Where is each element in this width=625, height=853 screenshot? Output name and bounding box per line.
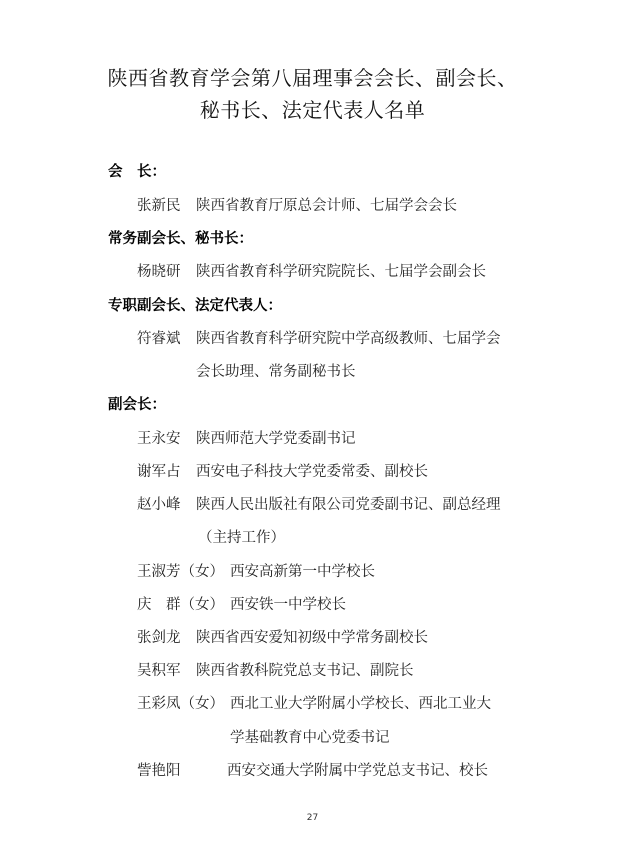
member-name: 吴积军 xyxy=(137,659,181,680)
document-title-line-2: 秘书长、法定代表人名单 xyxy=(0,94,625,123)
member-title: 陕西人民出版社有限公司党委副书记、副总经理 xyxy=(196,493,501,514)
section-heading-vice-presidents: 副会长： xyxy=(108,393,166,414)
member-title: 陕西师范大学党委副书记 xyxy=(196,427,356,448)
member-title: 西安铁一中学校长 xyxy=(230,593,346,614)
member-title: 陕西省西安爱知初级中学常务副校长 xyxy=(196,626,428,647)
member-title: 西安高新第一中学校长 xyxy=(230,560,375,581)
member-title: 西安交通大学附属中学党总支书记、校长 xyxy=(227,759,488,780)
member-title: 陕西省教育科学研究院院长、七届学会副会长 xyxy=(196,260,486,281)
member-title: 陕西省教科院党总支书记、副院长 xyxy=(196,659,414,680)
member-name: 谢军占 xyxy=(137,460,181,481)
member-name: 王淑芳（女） xyxy=(137,560,224,581)
section-heading-president: 会 长： xyxy=(108,160,166,181)
page-number: 27 xyxy=(0,813,625,823)
member-name: 张新民 xyxy=(137,194,181,215)
member-title-continuation: 学基础教育中心党委书记 xyxy=(230,726,390,747)
member-name: 訾艳阳 xyxy=(137,759,181,780)
member-name: 庆 群（女） xyxy=(137,593,224,614)
member-title: 陕西省教育科学研究院中学高级教师、七届学会 xyxy=(196,327,501,348)
member-name: 王永安 xyxy=(137,427,181,448)
member-name: 张剑龙 xyxy=(137,626,181,647)
member-title: 陕西省教育厅原总会计师、七届学会会长 xyxy=(196,194,457,215)
document-title-line-1: 陕西省教育学会第八届理事会会长、副会长、 xyxy=(0,62,625,91)
section-heading-executive-vp-secretary-general: 常务副会长、秘书长： xyxy=(108,227,253,248)
member-name: 符睿斌 xyxy=(137,327,181,348)
member-name: 王彩凤（女） xyxy=(137,692,224,713)
member-name: 赵小峰 xyxy=(137,493,181,514)
member-name: 杨晓研 xyxy=(137,260,181,281)
member-title: 西安电子科技大学党委常委、副校长 xyxy=(196,460,428,481)
section-heading-fulltime-vp-legal-rep: 专职副会长、法定代表人： xyxy=(108,294,282,315)
member-title-continuation: （主持工作） xyxy=(198,526,285,547)
document-page: 陕西省教育学会第八届理事会会长、副会长、 秘书长、法定代表人名单 会 长： 张新… xyxy=(0,0,625,853)
member-title-continuation: 会长助理、常务副秘书长 xyxy=(196,360,356,381)
member-title: 西北工业大学附属小学校长、西北工业大 xyxy=(230,692,491,713)
